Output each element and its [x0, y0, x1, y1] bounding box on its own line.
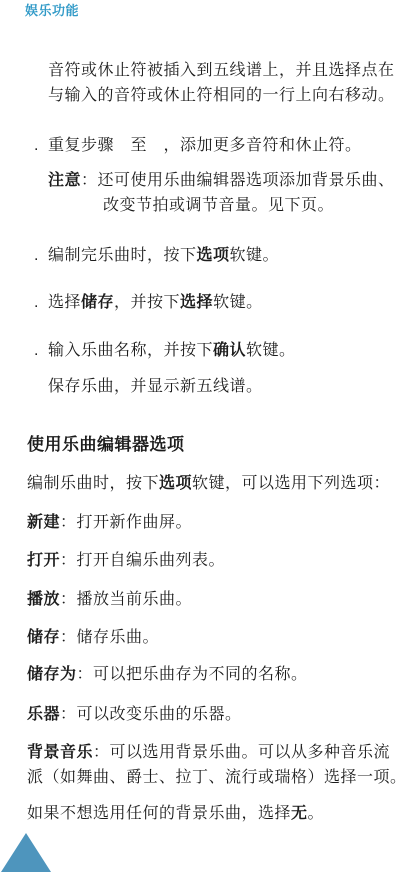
- step-text: 选择储存，并按下选择软键。: [48, 290, 411, 315]
- step-text: 输入乐曲名称，并按下确认软键。: [48, 338, 411, 363]
- definition-instrument: 乐器：可以改变乐曲的乐器。: [27, 702, 411, 727]
- definition-save: 储存：储存乐曲。: [27, 625, 411, 650]
- paragraph-save-result: 保存乐曲，并显示新五线谱。: [48, 374, 411, 399]
- definition-play: 播放：播放当前乐曲。: [27, 587, 411, 612]
- corner-triangle-decoration: [1, 833, 51, 872]
- note-paragraph: 注意：还可使用乐曲编辑器选项添加背景乐曲、 改变节拍或调节音量。见下页。: [48, 168, 411, 218]
- paragraph-step-continuation: 音符或休止符被插入到五线谱上，并且选择点在 与输入的音符或休止符相同的一行上向右…: [48, 58, 411, 108]
- step-item-finish-composing: .编制完乐曲时，按下选项软键。: [34, 243, 411, 268]
- definition-new: 新建：打开新作曲屏。: [27, 510, 411, 535]
- paragraph-options-intro: 编制乐曲时，按下选项软键，可以选用下列选项：: [27, 471, 411, 496]
- step-item-repeat: .重复步骤 至 ，添加更多音符和休止符。: [34, 133, 411, 158]
- step-text: 编制完乐曲时，按下选项软键。: [48, 243, 411, 268]
- definition-background-music: 背景音乐：可以选用背景乐曲。可以从多种音乐流 派（如舞曲、爵士、拉丁、流行或瑞格…: [27, 740, 411, 790]
- step-item-enter-name: .输入乐曲名称，并按下确认软键。: [34, 338, 411, 363]
- definition-save-as: 储存为：可以把乐曲存为不同的名称。: [27, 662, 411, 687]
- step-item-select-save: .选择储存，并按下选择软键。: [34, 290, 411, 315]
- step-text: 重复步骤 至 ，添加更多音符和休止符。: [48, 133, 411, 158]
- manual-page: 娱乐功能 音符或休止符被插入到五线谱上，并且选择点在 与输入的音符或休止符相同的…: [0, 0, 415, 872]
- step-marker: .: [34, 338, 48, 363]
- step-marker: .: [34, 243, 48, 268]
- section-heading: 使用乐曲编辑器选项: [27, 433, 185, 457]
- step-marker: .: [34, 290, 48, 315]
- page-header-title: 娱乐功能: [25, 3, 79, 19]
- step-marker: .: [34, 133, 48, 158]
- definition-open: 打开：打开自编乐曲列表。: [27, 548, 411, 573]
- paragraph-no-background-music: 如果不想选用任何的背景乐曲，选择无。: [27, 801, 411, 826]
